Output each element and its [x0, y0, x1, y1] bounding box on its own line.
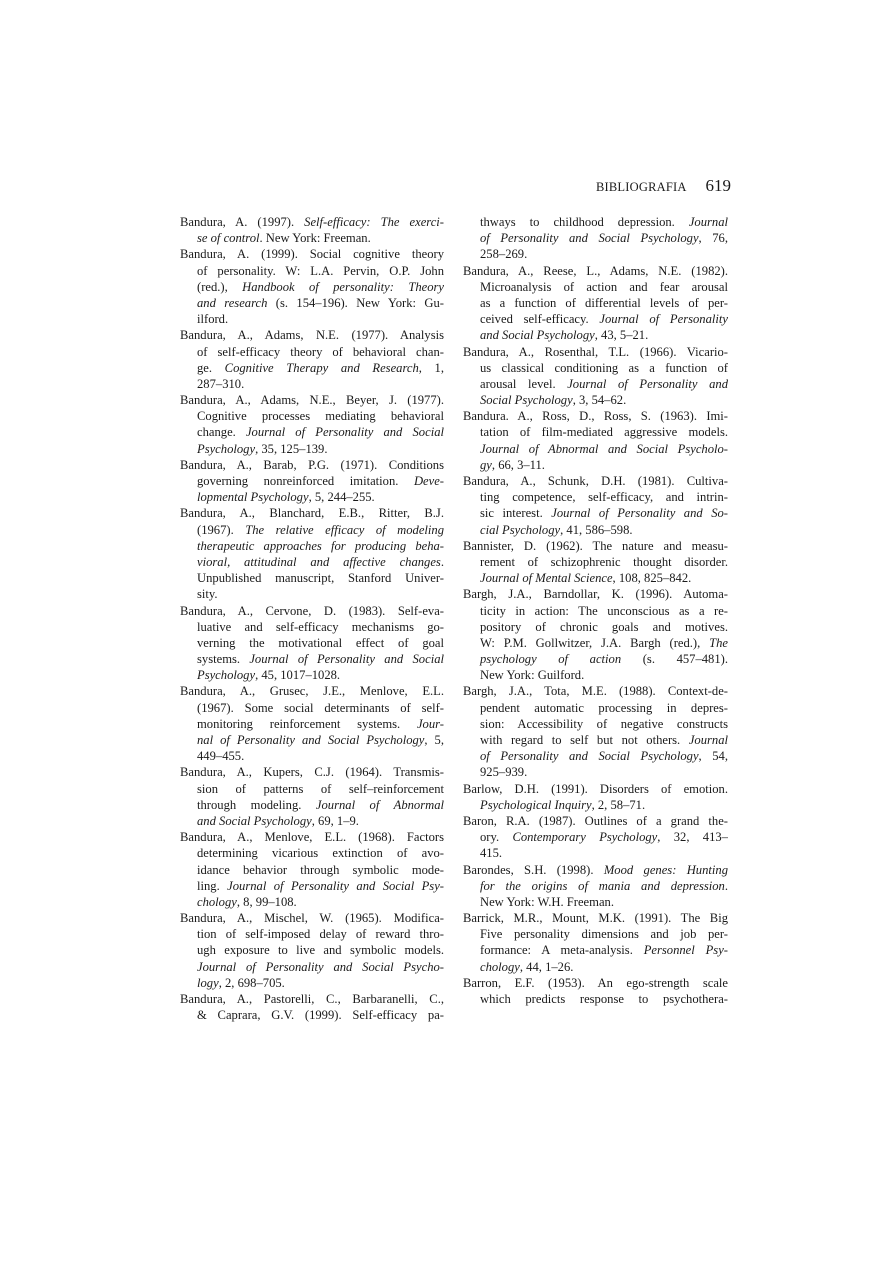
- text: Barron, E.F. (1953). An ego-strength sca…: [463, 976, 728, 990]
- text: , 32, 413–: [657, 830, 728, 844]
- right-column: thways to childhood depression. Journalo…: [463, 214, 728, 1007]
- italic-text: nal of Personality and Social Psychology: [197, 733, 424, 747]
- italic-text: chology: [197, 895, 237, 909]
- reference-line: Bandura, A., Adams, N.E., Beyer, J. (197…: [180, 392, 444, 408]
- text: formance: A meta-analysis.: [480, 943, 644, 957]
- reference-line: Bandura, A., Schunk, D.H. (1981). Cultiv…: [463, 473, 728, 489]
- text: Bandura, A., Kupers, C.J. (1964). Transm…: [180, 765, 444, 779]
- text: Bandura, A., Cervone, D. (1983). Self-ev…: [180, 604, 444, 618]
- section-title: BIBLIOGRAFIA: [596, 180, 687, 195]
- reference-line: governing nonreinforced imitation. Deve-: [180, 473, 444, 489]
- reference-line: W: P.M. Gollwitzer, J.A. Bargh (red.), T…: [463, 635, 728, 651]
- text: as a function of differential levels of …: [480, 296, 728, 310]
- italic-text: se of control: [197, 231, 260, 245]
- text: Five personality dimensions and job per-: [480, 927, 728, 941]
- italic-text: Social Psychology: [480, 393, 573, 407]
- reference-entry: Barrick, M.R., Mount, M.K. (1991). The B…: [463, 910, 728, 975]
- reference-entry: Barlow, D.H. (1991). Disorders of emotio…: [463, 781, 728, 813]
- text: idance behavior through symbolic mode-: [197, 863, 444, 877]
- italic-text: Journal: [689, 733, 728, 747]
- text: , 5, 244–255.: [309, 490, 375, 504]
- page-number: 619: [706, 176, 732, 196]
- text: ticity in action: The unconscious as a r…: [480, 604, 728, 618]
- text: . New York: Freeman.: [260, 231, 371, 245]
- text: , 5,: [424, 733, 444, 747]
- italic-text: cial Psychology: [480, 523, 560, 537]
- reference-line: Bandura, A., Mischel, W. (1965). Modific…: [180, 910, 444, 926]
- text: Bandura, A., Mischel, W. (1965). Modific…: [180, 911, 444, 925]
- reference-line: lopmental Psychology, 5, 244–255.: [180, 489, 444, 505]
- text: Bargh, J.A., Tota, M.E. (1988). Context-…: [463, 684, 728, 698]
- reference-line: us classical conditioning as a function …: [463, 360, 728, 376]
- reference-line: 415.: [463, 845, 728, 861]
- reference-line: formance: A meta-analysis. Personnel Psy…: [463, 942, 728, 958]
- text: Bannister, D. (1962). The nature and mea…: [463, 539, 728, 553]
- italic-text: Deve-: [414, 474, 444, 488]
- italic-text: Journal of Personality and So-: [551, 506, 728, 520]
- reference-line: Bandura, A., Menlove, E.L. (1968). Facto…: [180, 829, 444, 845]
- text: , 41, 586–598.: [560, 523, 632, 537]
- italic-text: Journal: [689, 215, 728, 229]
- italic-text: gy: [480, 458, 492, 472]
- reference-line: 449–455.: [180, 748, 444, 764]
- text: thways to childhood depression.: [480, 215, 689, 229]
- text: systems.: [197, 652, 249, 666]
- text: , 45, 1017–1028.: [255, 668, 340, 682]
- text: with regard to self but not others.: [480, 733, 689, 747]
- reference-line: Microanalysis of action and fear arousal: [463, 279, 728, 295]
- text: sic interest.: [480, 506, 551, 520]
- text: luative and self-efficacy mechanisms go-: [197, 620, 444, 634]
- italic-text: Journal of Personality and Social: [246, 425, 444, 439]
- reference-line: of self-efficacy theory of behavioral ch…: [180, 344, 444, 360]
- text: change.: [197, 425, 246, 439]
- reference-line: gy, 66, 3–11.: [463, 457, 728, 473]
- text: ilford.: [197, 312, 228, 326]
- text: (s. 457–481).: [621, 652, 728, 666]
- reference-line: Bandura, A. (1997). Self-efficacy: The e…: [180, 214, 444, 230]
- italic-text: and Social Psychology: [197, 814, 312, 828]
- reference-line: vioral, attitudinal and affective change…: [180, 554, 444, 570]
- reference-line: Bargh, J.A., Barndollar, K. (1996). Auto…: [463, 586, 728, 602]
- italic-text: Jour-: [417, 717, 444, 731]
- reference-line: se of control. New York: Freeman.: [180, 230, 444, 246]
- reference-line: psychology of action (s. 457–481).: [463, 651, 728, 667]
- reference-line: chology, 8, 99–108.: [180, 894, 444, 910]
- reference-line: and research (s. 154–196). New York: Gu-: [180, 295, 444, 311]
- text: tation of film-mediated aggressive model…: [480, 425, 728, 439]
- text: Bandura, A., Pastorelli, C., Barbaranell…: [180, 992, 444, 1006]
- reference-entry-continued: thways to childhood depression. Journalo…: [463, 214, 728, 263]
- reference-line: Bandura, A., Reese, L., Adams, N.E. (198…: [463, 263, 728, 279]
- reference-line: Psychology, 45, 1017–1028.: [180, 667, 444, 683]
- text: Bandura, A. (1999). Social cognitive the…: [180, 247, 444, 261]
- reference-line: Journal of Personality and Social Psycho…: [180, 959, 444, 975]
- reference-entry: Bandura. A., Ross, D., Ross, S. (1963). …: [463, 408, 728, 473]
- text: .: [725, 879, 728, 893]
- reference-line: arousal level. Journal of Personality an…: [463, 376, 728, 392]
- reference-line: Bandura, A., Rosenthal, T.L. (1966). Vic…: [463, 344, 728, 360]
- italic-text: and Social Psychology: [480, 328, 595, 342]
- reference-entry: Bandura, A., Blanchard, E.B., Ritter, B.…: [180, 505, 444, 602]
- text: through modeling.: [197, 798, 316, 812]
- text: , 3, 54–62.: [573, 393, 627, 407]
- reference-line: Barron, E.F. (1953). An ego-strength sca…: [463, 975, 728, 991]
- text: , 69, 1–9.: [312, 814, 359, 828]
- reference-line: monitoring reinforcement systems. Jour-: [180, 716, 444, 732]
- italic-text: Journal of Personality and Social Psycho…: [197, 960, 444, 974]
- text: Baron, R.A. (1987). Outlines of a grand …: [463, 814, 728, 828]
- reference-line: Five personality dimensions and job per-: [463, 926, 728, 942]
- reference-line: thways to childhood depression. Journal: [463, 214, 728, 230]
- reference-line: Bandura, A., Blanchard, E.B., Ritter, B.…: [180, 505, 444, 521]
- text: 287–310.: [197, 377, 244, 391]
- text: Bandura, A., Grusec, J.E., Menlove, E.L.: [180, 684, 444, 698]
- text: of personality. W: L.A. Pervin, O.P. Joh…: [197, 264, 444, 278]
- italic-text: Contemporary Psychology: [512, 830, 657, 844]
- reference-line: Barondes, S.H. (1998). Mood genes: Hunti…: [463, 862, 728, 878]
- text: (1967). Some social determinants of self…: [197, 701, 444, 715]
- text: ting competence, self-efficacy, and intr…: [480, 490, 728, 504]
- reference-line: (red.), Handbook of personality: Theory: [180, 279, 444, 295]
- text: sion: Accessibility of negative construc…: [480, 717, 728, 731]
- reference-line: (1967). The relative efficacy of modelin…: [180, 522, 444, 538]
- text: Bandura, A., Blanchard, E.B., Ritter, B.…: [180, 506, 444, 520]
- reference-line: 287–310.: [180, 376, 444, 392]
- reference-line: Baron, R.A. (1987). Outlines of a grand …: [463, 813, 728, 829]
- reference-line: Journal of Abnormal and Social Psycholo-: [463, 441, 728, 457]
- italic-text: The relative efficacy of modeling: [245, 523, 444, 537]
- text: Unpublished manuscript, Stanford Univer-: [197, 571, 444, 585]
- reference-line: through modeling. Journal of Abnormal: [180, 797, 444, 813]
- italic-text: for the origins of mania and depression: [480, 879, 725, 893]
- reference-entry: Bandura, A., Pastorelli, C., Barbaranell…: [180, 991, 444, 1023]
- reference-line: Psychology, 35, 125–139.: [180, 441, 444, 457]
- text: , 2, 698–705.: [219, 976, 285, 990]
- text: arousal level.: [480, 377, 567, 391]
- reference-line: sic interest. Journal of Personality and…: [463, 505, 728, 521]
- italic-text: Journal of Abnormal: [316, 798, 444, 812]
- italic-text: lopmental Psychology: [197, 490, 309, 504]
- italic-text: Journal of Personality and Social Psy-: [227, 879, 444, 893]
- reference-line: sion: Accessibility of negative construc…: [463, 716, 728, 732]
- text: Bandura, A., Rosenthal, T.L. (1966). Vic…: [463, 345, 728, 359]
- text: , 43, 5–21.: [595, 328, 649, 342]
- italic-text: Psychology: [197, 442, 255, 456]
- reference-entry: Bandura, A., Rosenthal, T.L. (1966). Vic…: [463, 344, 728, 409]
- text: rement of schizophrenic thought disorder…: [480, 555, 728, 569]
- text: ling.: [197, 879, 227, 893]
- text: 415.: [480, 846, 502, 860]
- text: ceived self-efficacy.: [480, 312, 599, 326]
- text: us classical conditioning as a function …: [480, 361, 728, 375]
- reference-line: sion of patterns of self–reinforcement: [180, 781, 444, 797]
- reference-line: Bannister, D. (1962). The nature and mea…: [463, 538, 728, 554]
- italic-text: therapeutic approaches for producing beh…: [197, 539, 444, 553]
- text: Cognitive processes mediating behavioral: [197, 409, 444, 423]
- italic-text: Cognitive Therapy and Research: [225, 361, 419, 375]
- reference-line: and Social Psychology, 43, 5–21.: [463, 327, 728, 343]
- text: Barrick, M.R., Mount, M.K. (1991). The B…: [463, 911, 728, 925]
- reference-entry: Bandura, A. (1999). Social cognitive the…: [180, 246, 444, 327]
- text: , 76,: [699, 231, 728, 245]
- text: (s. 154–196). New York: Gu-: [267, 296, 444, 310]
- reference-line: ceived self-efficacy. Journal of Persona…: [463, 311, 728, 327]
- italic-text: Personnel Psy-: [644, 943, 728, 957]
- reference-line: logy, 2, 698–705.: [180, 975, 444, 991]
- text: monitoring reinforcement systems.: [197, 717, 417, 731]
- text: ory.: [480, 830, 512, 844]
- reference-line: luative and self-efficacy mechanisms go-: [180, 619, 444, 635]
- reference-line: of Personality and Social Psychology, 54…: [463, 748, 728, 764]
- text: which predicts response to psychothera-: [480, 992, 728, 1006]
- reference-entry: Bandura, A., Menlove, E.L. (1968). Facto…: [180, 829, 444, 910]
- reference-line: Bargh, J.A., Tota, M.E. (1988). Context-…: [463, 683, 728, 699]
- text: tion of self-imposed delay of reward thr…: [197, 927, 444, 941]
- reference-line: as a function of differential levels of …: [463, 295, 728, 311]
- running-head: BIBLIOGRAFIA 619: [596, 176, 731, 200]
- text: Barondes, S.H. (1998).: [463, 863, 604, 877]
- reference-line: Bandura, A., Barab, P.G. (1971). Conditi…: [180, 457, 444, 473]
- text: , 108, 825–842.: [613, 571, 692, 585]
- reference-line: ling. Journal of Personality and Social …: [180, 878, 444, 894]
- reference-entry: Bargh, J.A., Barndollar, K. (1996). Auto…: [463, 586, 728, 683]
- text: Bandura, A., Barab, P.G. (1971). Conditi…: [180, 458, 444, 472]
- reference-line: (1967). Some social determinants of self…: [180, 700, 444, 716]
- reference-line: 925–939.: [463, 764, 728, 780]
- reference-line: pendent automatic processing in depres-: [463, 700, 728, 716]
- reference-line: sity.: [180, 586, 444, 602]
- italic-text: Psychological Inquiry: [480, 798, 592, 812]
- reference-line: Bandura, A. (1999). Social cognitive the…: [180, 246, 444, 262]
- text: 258–269.: [480, 247, 527, 261]
- text: Bandura, A. (1997).: [180, 215, 304, 229]
- text: (1967).: [197, 523, 245, 537]
- reference-line: which predicts response to psychothera-: [463, 991, 728, 1007]
- reference-line: 258–269.: [463, 246, 728, 262]
- italic-text: of Personality and Social Psychology: [480, 231, 699, 245]
- text: Bandura, A., Adams, N.E. (1977). Analysi…: [180, 328, 444, 342]
- reference-line: Bandura, A., Cervone, D. (1983). Self-ev…: [180, 603, 444, 619]
- reference-line: ory. Contemporary Psychology, 32, 413–: [463, 829, 728, 845]
- reference-line: ting competence, self-efficacy, and intr…: [463, 489, 728, 505]
- text: Bargh, J.A., Barndollar, K. (1996). Auto…: [463, 587, 728, 601]
- reference-entry: Bandura, A., Reese, L., Adams, N.E. (198…: [463, 263, 728, 344]
- reference-line: idance behavior through symbolic mode-: [180, 862, 444, 878]
- italic-text: Journal of Abnormal and Social Psycholo-: [480, 442, 728, 456]
- reference-entry: Baron, R.A. (1987). Outlines of a grand …: [463, 813, 728, 862]
- italic-text: Journal of Mental Science: [480, 571, 613, 585]
- reference-line: and Social Psychology, 69, 1–9.: [180, 813, 444, 829]
- reference-line: determining vicarious extinction of avo-: [180, 845, 444, 861]
- reference-line: Cognitive processes mediating behavioral: [180, 408, 444, 424]
- reference-entry: Bandura, A., Kupers, C.J. (1964). Transm…: [180, 764, 444, 829]
- reference-line: therapeutic approaches for producing beh…: [180, 538, 444, 554]
- reference-line: Journal of Mental Science, 108, 825–842.: [463, 570, 728, 586]
- italic-text: The: [709, 636, 728, 650]
- reference-line: New York: W.H. Freeman.: [463, 894, 728, 910]
- text: 449–455.: [197, 749, 244, 763]
- reference-line: of personality. W: L.A. Pervin, O.P. Joh…: [180, 263, 444, 279]
- reference-line: ticity in action: The unconscious as a r…: [463, 603, 728, 619]
- reference-entry: Bargh, J.A., Tota, M.E. (1988). Context-…: [463, 683, 728, 780]
- text: pository of chronic goals and motives.: [480, 620, 728, 634]
- reference-line: of Personality and Social Psychology, 76…: [463, 230, 728, 246]
- reference-line: verning the motivational effect of goal: [180, 635, 444, 651]
- italic-text: psychology of action: [480, 652, 621, 666]
- reference-line: ge. Cognitive Therapy and Research, 1,: [180, 360, 444, 376]
- reference-line: Bandura, A., Grusec, J.E., Menlove, E.L.: [180, 683, 444, 699]
- text: , 8, 99–108.: [237, 895, 297, 909]
- reference-line: Bandura, A., Adams, N.E. (1977). Analysi…: [180, 327, 444, 343]
- text: Bandura, A., Menlove, E.L. (1968). Facto…: [180, 830, 444, 844]
- italic-text: chology: [480, 960, 520, 974]
- reference-line: with regard to self but not others. Jour…: [463, 732, 728, 748]
- text: Microanalysis of action and fear arousal: [480, 280, 728, 294]
- reference-line: ugh exposure to live and symbolic models…: [180, 942, 444, 958]
- reference-line: Barrick, M.R., Mount, M.K. (1991). The B…: [463, 910, 728, 926]
- reference-entry: Bandura, A., Adams, N.E., Beyer, J. (197…: [180, 392, 444, 457]
- reference-entry: Bandura, A., Grusec, J.E., Menlove, E.L.…: [180, 683, 444, 764]
- reference-line: Bandura, A., Pastorelli, C., Barbaranell…: [180, 991, 444, 1007]
- reference-entry: Bandura, A., Barab, P.G. (1971). Conditi…: [180, 457, 444, 506]
- text: & Caprara, G.V. (1999). Self-efficacy pa…: [197, 1008, 444, 1022]
- text: , 1,: [419, 361, 444, 375]
- reference-line: Unpublished manuscript, Stanford Univer-: [180, 570, 444, 586]
- reference-entry: Bandura, A., Adams, N.E. (1977). Analysi…: [180, 327, 444, 392]
- text: determining vicarious extinction of avo-: [197, 846, 444, 860]
- reference-entry: Bandura, A., Mischel, W. (1965). Modific…: [180, 910, 444, 991]
- reference-line: nal of Personality and Social Psychology…: [180, 732, 444, 748]
- reference-entry: Bandura, A., Schunk, D.H. (1981). Cultiv…: [463, 473, 728, 538]
- reference-entry: Barondes, S.H. (1998). Mood genes: Hunti…: [463, 862, 728, 911]
- reference-entry: Bannister, D. (1962). The nature and mea…: [463, 538, 728, 587]
- reference-line: & Caprara, G.V. (1999). Self-efficacy pa…: [180, 1007, 444, 1023]
- reference-line: rement of schizophrenic thought disorder…: [463, 554, 728, 570]
- italic-text: Journal of Personality and Social: [249, 652, 444, 666]
- reference-entry: Barron, E.F. (1953). An ego-strength sca…: [463, 975, 728, 1007]
- reference-line: Barlow, D.H. (1991). Disorders of emotio…: [463, 781, 728, 797]
- text: , 44, 1–26.: [520, 960, 574, 974]
- reference-line: Social Psychology, 3, 54–62.: [463, 392, 728, 408]
- text: New York: Guilford.: [480, 668, 584, 682]
- italic-text: logy: [197, 976, 219, 990]
- text: ugh exposure to live and symbolic models…: [197, 943, 444, 957]
- italic-text: vioral, attitudinal and affective change…: [197, 555, 441, 569]
- left-column: Bandura, A. (1997). Self-efficacy: The e…: [180, 214, 444, 1023]
- italic-text: of Personality and Social Psychology: [480, 749, 699, 763]
- reference-line: New York: Guilford.: [463, 667, 728, 683]
- reference-line: chology, 44, 1–26.: [463, 959, 728, 975]
- text: governing nonreinforced imitation.: [197, 474, 414, 488]
- text: Bandura. A., Ross, D., Ross, S. (1963). …: [463, 409, 728, 423]
- text: .: [441, 555, 444, 569]
- reference-line: pository of chronic goals and motives.: [463, 619, 728, 635]
- text: 925–939.: [480, 765, 527, 779]
- text: , 66, 3–11.: [492, 458, 545, 472]
- reference-line: Bandura. A., Ross, D., Ross, S. (1963). …: [463, 408, 728, 424]
- reference-line: change. Journal of Personality and Socia…: [180, 424, 444, 440]
- reference-line: systems. Journal of Personality and Soci…: [180, 651, 444, 667]
- italic-text: and research: [197, 296, 267, 310]
- italic-text: Journal of Personality: [599, 312, 728, 326]
- text: of self-efficacy theory of behavioral ch…: [197, 345, 444, 359]
- reference-line: tation of film-mediated aggressive model…: [463, 424, 728, 440]
- reference-line: tion of self-imposed delay of reward thr…: [180, 926, 444, 942]
- text: Bandura, A., Adams, N.E., Beyer, J. (197…: [180, 393, 444, 407]
- reference-entry: Bandura, A. (1997). Self-efficacy: The e…: [180, 214, 444, 246]
- reference-entry: Bandura, A., Cervone, D. (1983). Self-ev…: [180, 603, 444, 684]
- text: pendent automatic processing in depres-: [480, 701, 728, 715]
- reference-line: for the origins of mania and depression.: [463, 878, 728, 894]
- text: , 35, 125–139.: [255, 442, 327, 456]
- text: sity.: [197, 587, 218, 601]
- italic-text: Handbook of personality: Theory: [242, 280, 444, 294]
- text: , 54,: [699, 749, 728, 763]
- text: Bandura, A., Schunk, D.H. (1981). Cultiv…: [463, 474, 728, 488]
- text: New York: W.H. Freeman.: [480, 895, 614, 909]
- text: ge.: [197, 361, 225, 375]
- text: W: P.M. Gollwitzer, J.A. Bargh (red.),: [480, 636, 709, 650]
- text: verning the motivational effect of goal: [197, 636, 444, 650]
- text: Bandura, A., Reese, L., Adams, N.E. (198…: [463, 264, 728, 278]
- text: (red.),: [197, 280, 242, 294]
- reference-line: ilford.: [180, 311, 444, 327]
- reference-line: Psychological Inquiry, 2, 58–71.: [463, 797, 728, 813]
- text: sion of patterns of self–reinforcement: [197, 782, 444, 796]
- text: Barlow, D.H. (1991). Disorders of emotio…: [463, 782, 728, 796]
- reference-line: cial Psychology, 41, 586–598.: [463, 522, 728, 538]
- italic-text: Mood genes: Hunting: [604, 863, 728, 877]
- text: , 2, 58–71.: [592, 798, 646, 812]
- italic-text: Journal of Personality and: [567, 377, 728, 391]
- italic-text: Psychology: [197, 668, 255, 682]
- italic-text: Self-efficacy: The exerci-: [304, 215, 444, 229]
- reference-line: Bandura, A., Kupers, C.J. (1964). Transm…: [180, 764, 444, 780]
